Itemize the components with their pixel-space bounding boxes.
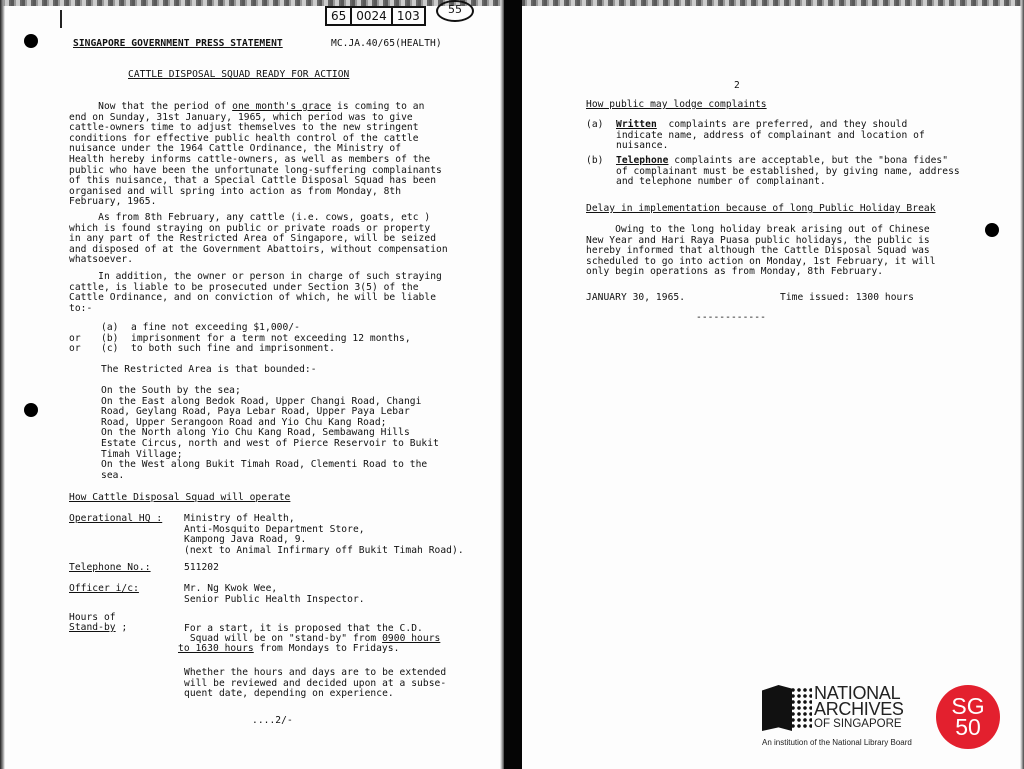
hours-days: from Mondays to Fridays.: [254, 643, 400, 654]
review-line: quent date, depending on experience.: [184, 688, 394, 699]
text-line: In addition, the owner or person in char…: [69, 271, 442, 282]
text-line: which is found straying on public or pri…: [69, 223, 430, 234]
text-line: whatsoever.: [69, 254, 133, 265]
hours-label-2: Stand-by ;: [69, 622, 127, 633]
complaint-line: and telephone number of complainant.: [616, 176, 826, 187]
time-issued: Time issued: 1300 hours: [780, 292, 914, 303]
logo-line-2: ARCHIVES: [814, 701, 904, 717]
hours-end: to 1630 hours: [178, 643, 254, 654]
delay-heading: Delay in implementation because of long …: [586, 203, 936, 214]
penalty-conjunction: or: [69, 333, 81, 344]
logo-line-3: OF SINGAPORE: [814, 717, 904, 731]
text-line: As from 8th February, any cattle (i.e. c…: [69, 212, 430, 223]
text-line: end on Sunday, 31st January, 1965, which…: [69, 112, 413, 123]
boundary-line: Road, Geylang Road, Paya Lebar Road, Upp…: [101, 406, 410, 417]
boundary-line: On the East along Bedok Road, Upper Chan…: [101, 396, 421, 407]
hours-line-3: to 1630 hours from Mondays to Fridays.: [178, 643, 399, 654]
officer-label: Officer i/c:: [69, 583, 139, 594]
penalty-letter: (a): [101, 322, 118, 333]
boundary-line: On the West along Bukit Timah Road, Clem…: [101, 459, 427, 470]
page-2: 2 How public may lodge complaints (a)Wri…: [522, 0, 1024, 769]
scan-noise: [0, 0, 504, 6]
complaint-line: nuisance.: [616, 140, 668, 151]
grace-period-emphasis: one month's grace: [232, 101, 331, 112]
scan-noise: [522, 0, 1024, 6]
text-line: Cattle Ordinance, and on conviction of w…: [69, 292, 436, 303]
text-line: to:-: [69, 303, 92, 314]
text-line: and disposed of at the Government Abatto…: [69, 244, 448, 255]
officer-line: Mr. Ng Kwok Wee,: [184, 583, 277, 594]
complaint-line: Written complaints are preferred, and th…: [616, 119, 907, 130]
complaint-type-telephone: Telephone: [616, 155, 668, 166]
text-line: cattle-owners time to adjust themselves …: [69, 122, 419, 133]
telephone-value: 511202: [184, 562, 219, 573]
officer-line: Senior Public Health Inspector.: [184, 594, 365, 605]
text-span: Now that the period of: [69, 101, 232, 112]
scan-edge: [0, 0, 5, 769]
end-rule: ------------: [696, 312, 766, 323]
logo-subtitle: An institution of the National Library B…: [762, 738, 912, 747]
complaints-heading: How public may lodge complaints: [586, 99, 767, 110]
boundary-line: Road, Upper Serangoon Road and Yio Chu K…: [101, 417, 386, 428]
text-line: organised and will spring into action as…: [69, 186, 401, 197]
complaint-text: complaints are preferred, and they shoul…: [657, 119, 908, 130]
delay-line: only begin operations as from Monday, 8t…: [586, 266, 883, 277]
standby-label: Stand-by: [69, 622, 116, 633]
text-line: Health hereby informs cattle-owners, as …: [69, 154, 430, 165]
text-line: public who have been the unfortunate lon…: [69, 165, 442, 176]
review-line: Whether the hours and days are to be ext…: [184, 667, 446, 678]
sg50-badge: SG 50: [936, 685, 1000, 749]
complaint-line: of complainant must be established, by g…: [616, 166, 960, 177]
delay-line: Owing to the long holiday break arising …: [586, 224, 930, 235]
complaint-type-written: Written: [616, 119, 657, 130]
delay-line: hereby informed that although the Cattle…: [586, 245, 930, 256]
telephone-label: Telephone No.:: [69, 562, 151, 573]
pixel-dots-icon: [790, 687, 812, 729]
boundary-line: Timah Village;: [101, 449, 183, 460]
review-line: will be reviewed and decided upon at a s…: [184, 678, 446, 689]
book-gutter: [504, 0, 522, 769]
scan-edge: [1020, 0, 1024, 769]
text-line: Now that the period of one month's grace…: [69, 101, 424, 112]
ref-file: 0024: [352, 8, 393, 24]
hq-line: (next to Animal Infirmary off Bukit Tima…: [184, 545, 464, 556]
hq-line: Kampong Java Road, 9.: [184, 534, 306, 545]
text-line: of this nuisance, that a Special Cattle …: [69, 175, 436, 186]
ref-year: 65: [327, 8, 352, 24]
penalty-conjunction: or: [69, 343, 81, 354]
punch-hole-icon: [24, 403, 38, 417]
complaint-letter: (a): [586, 119, 603, 130]
penalty-text: imprisonment for a term not exceeding 12…: [131, 333, 411, 344]
penalty-text: to both such fine and imprisonment.: [131, 343, 335, 354]
page-number: 2: [734, 80, 740, 91]
reference-code: MC.JA.40/65(HEALTH): [331, 38, 442, 49]
hq-label: Operational HQ :: [69, 513, 162, 524]
scan-mark: [60, 10, 62, 28]
text-line: in any part of the Restricted Area of Si…: [69, 233, 436, 244]
boundary-line: Estate Circus, north and west of Pierce …: [101, 438, 439, 449]
boundary-line: On the North along Yio Chu Kang Road, Se…: [101, 427, 410, 438]
complaint-text: complaints are acceptable, but the "bona…: [668, 155, 948, 166]
boundary-line: sea.: [101, 470, 124, 481]
page-1: 65 0024 103 55 SINGAPORE GOVERNMENT PRES…: [0, 0, 504, 769]
continued-marker: ....2/-: [252, 715, 293, 726]
text-line: nuisance under the 1964 Cattle Ordinance…: [69, 143, 401, 154]
punch-hole-icon: [985, 223, 999, 237]
operate-heading: How Cattle Disposal Squad will operate: [69, 492, 290, 503]
text-line: cattle, is liable to be prosecuted under…: [69, 282, 419, 293]
complaint-line: indicate name, address of complainant an…: [616, 130, 925, 141]
penalty-text: a fine not exceeding $1,000/-: [131, 322, 300, 333]
hq-line: Ministry of Health,: [184, 513, 295, 524]
national-archives-logo: NATIONAL ARCHIVES OF SINGAPORE An instit…: [762, 683, 932, 753]
statement-header: SINGAPORE GOVERNMENT PRESS STATEMENT: [73, 38, 283, 49]
sg50-line-2: 50: [936, 717, 1000, 738]
delay-line: New Year and Hari Raya Puasa public holi…: [586, 235, 930, 246]
complaint-line: Telephone complaints are acceptable, but…: [616, 155, 948, 166]
text-line: February, 1965.: [69, 196, 156, 207]
delay-line: scheduled to go into action on Monday, 1…: [586, 256, 936, 267]
restricted-area-intro: The Restricted Area is that bounded:-: [101, 364, 317, 375]
standby-colon: ;: [121, 622, 127, 633]
page-title: CATTLE DISPOSAL SQUAD READY FOR ACTION: [128, 69, 349, 80]
punch-hole-icon: [24, 34, 38, 48]
flag-icon: [762, 685, 792, 731]
ref-item: 103: [393, 8, 424, 24]
issue-date: JANUARY 30, 1965.: [586, 292, 685, 303]
circled-mark: 55: [436, 0, 474, 22]
hq-line: Anti-Mosquito Department Store,: [184, 524, 365, 535]
boundary-line: On the South by the sea;: [101, 385, 241, 396]
logo-text: NATIONAL ARCHIVES OF SINGAPORE: [814, 685, 904, 731]
penalty-letter: (c): [101, 343, 118, 354]
reference-box: 65 0024 103: [325, 6, 426, 26]
text-line: conditions for effective public health c…: [69, 133, 419, 144]
penalty-letter: (b): [101, 333, 118, 344]
complaint-letter: (b): [586, 155, 603, 166]
text-span: is coming to an: [331, 101, 424, 112]
